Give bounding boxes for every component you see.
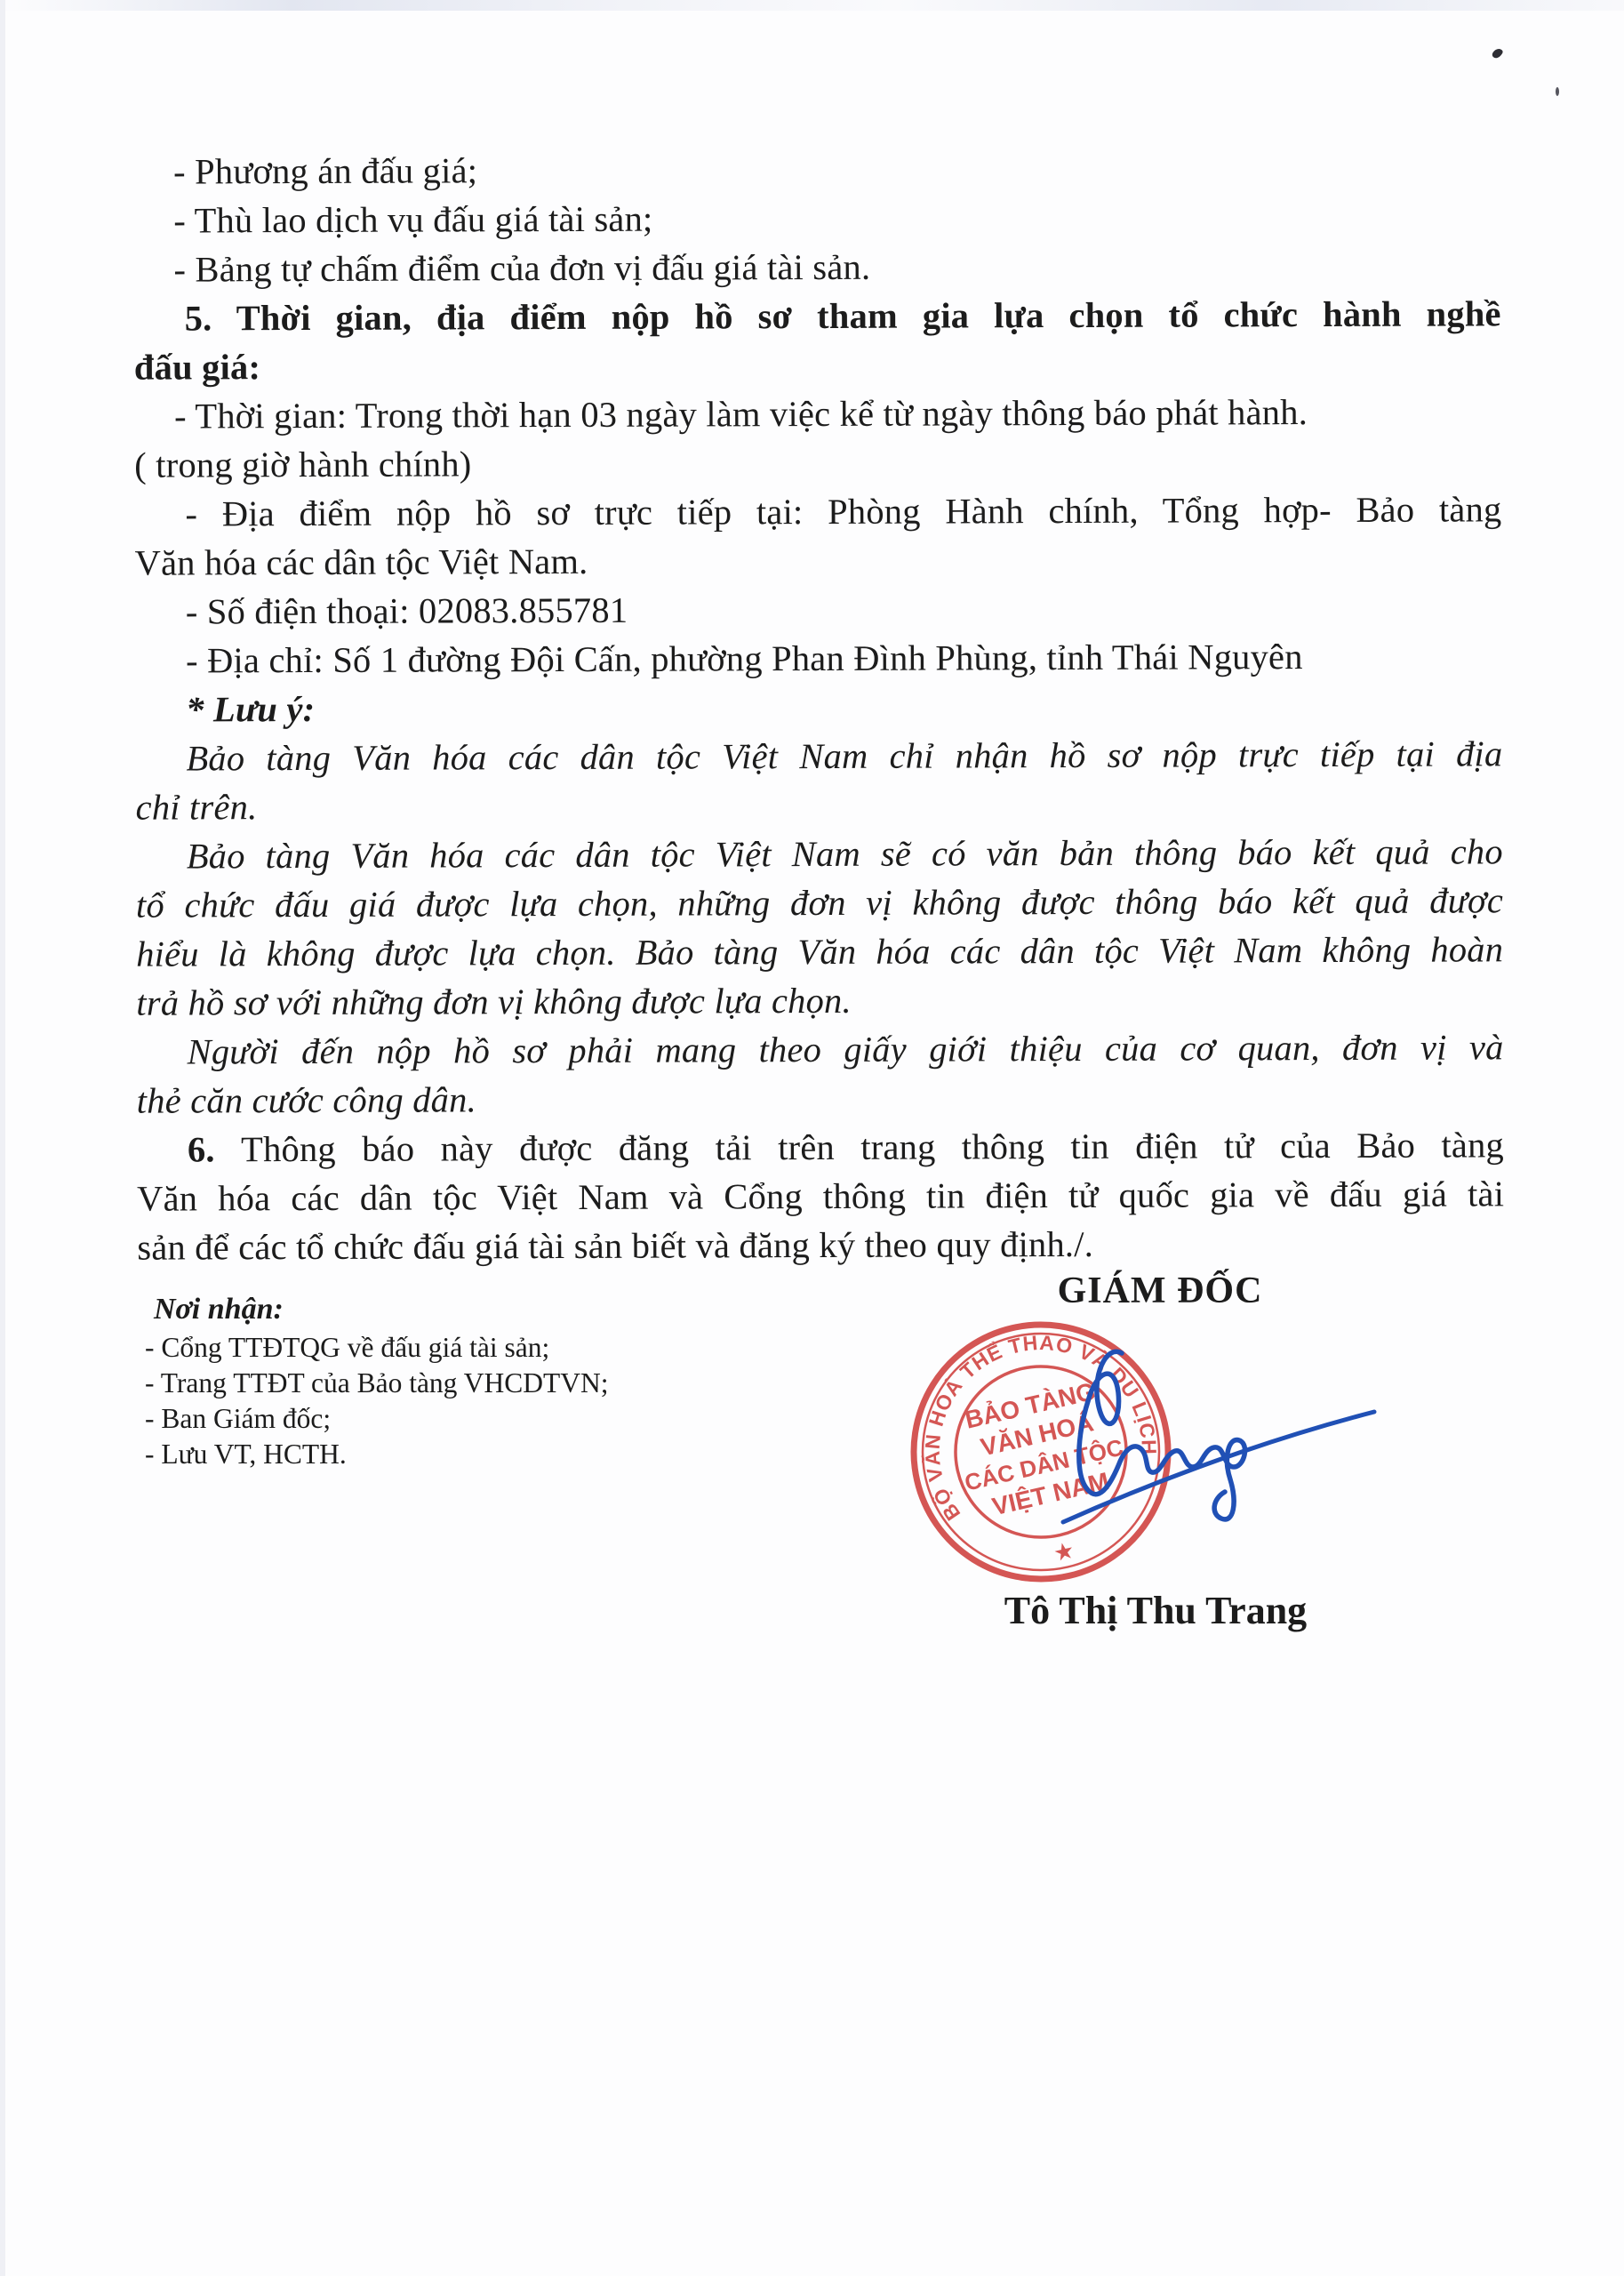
text-line: Văn hóa các dân tộc Việt Nam và Cổng thô… bbox=[137, 1169, 1504, 1222]
text-line: tổ chức đấu giá được lựa chọn, những đơn… bbox=[136, 876, 1503, 929]
text-line: trả hồ sơ với những đơn vị không được lự… bbox=[136, 974, 1503, 1027]
recipients-block: Nơi nhận: - Cổng TTĐTQG về đấu giá tài s… bbox=[145, 1289, 714, 1472]
text-line: Văn hóa các dân tộc Việt Nam. bbox=[135, 533, 1502, 587]
recipients-heading: Nơi nhận: bbox=[154, 1289, 714, 1330]
text-line: - Địa chỉ: Số 1 đường Đội Cấn, phường Ph… bbox=[186, 631, 1502, 685]
text-line: hiểu là không được lựa chọn. Bảo tàng Vă… bbox=[136, 925, 1503, 978]
signer-name: Tô Thị Thu Trang bbox=[973, 1588, 1338, 1633]
text-line: - Thù lao dịch vụ đấu giá tài sản; bbox=[173, 191, 1500, 244]
text-line: - Thời gian: Trong thời hạn 03 ngày làm … bbox=[174, 387, 1501, 440]
text-line: - Số điện thoại: 02083.855781 bbox=[186, 582, 1502, 636]
text-line: 6. Thông báo này được đăng tải trên tran… bbox=[188, 1120, 1504, 1174]
document-body-text: - Phương án đấu giá;- Thù lao dịch vụ đấ… bbox=[133, 142, 1504, 1271]
scan-speck bbox=[1556, 87, 1559, 96]
text-line: chỉ trên. bbox=[136, 778, 1503, 831]
text-line: - Địa điểm nộp hồ sơ trực tiếp tại: Phòn… bbox=[185, 485, 1501, 538]
text-line: ( trong giờ hành chính) bbox=[134, 436, 1501, 489]
recipient-item: - Cổng TTĐTQG về đấu giá tài sản; bbox=[145, 1330, 714, 1366]
scan-edge-artifact-left bbox=[0, 0, 5, 2276]
signature-ink bbox=[1013, 1334, 1413, 1547]
text-line: sản để các tổ chức đấu giá tài sản biết … bbox=[137, 1218, 1504, 1271]
text-line: Người đến nộp hồ sơ phải mang theo giấy … bbox=[187, 1022, 1503, 1076]
recipient-item: - Trang TTĐT của Bảo tàng VHCDTVN; bbox=[145, 1366, 714, 1401]
text-line: 5. Thời gian, địa điểm nộp hồ sơ tham gi… bbox=[185, 289, 1501, 342]
document-page: - Phương án đấu giá;- Thù lao dịch vụ đấ… bbox=[0, 0, 1624, 2276]
signer-role-title: GIÁM ĐỐC bbox=[1053, 1270, 1267, 1312]
scan-speck bbox=[1491, 47, 1503, 60]
text-line: Bảo tàng Văn hóa các dân tộc Việt Nam ch… bbox=[186, 729, 1502, 782]
scan-edge-artifact-top bbox=[0, 0, 1624, 11]
recipient-item: - Ban Giám đốc; bbox=[145, 1401, 714, 1437]
text-line: Bảo tàng Văn hóa các dân tộc Việt Nam sẽ… bbox=[187, 827, 1503, 880]
recipients-list: - Cổng TTĐTQG về đấu giá tài sản;- Trang… bbox=[145, 1330, 714, 1472]
text-line: đấu giá: bbox=[134, 338, 1501, 391]
recipient-item: - Lưu VT, HCTH. bbox=[145, 1437, 714, 1472]
text-line: thẻ căn cước công dân. bbox=[137, 1071, 1504, 1125]
text-line: * Lưu ý: bbox=[186, 680, 1502, 733]
text-line: - Phương án đấu giá; bbox=[173, 142, 1500, 196]
text-line: - Bảng tự chấm điểm của đơn vị đấu giá t… bbox=[173, 240, 1500, 293]
